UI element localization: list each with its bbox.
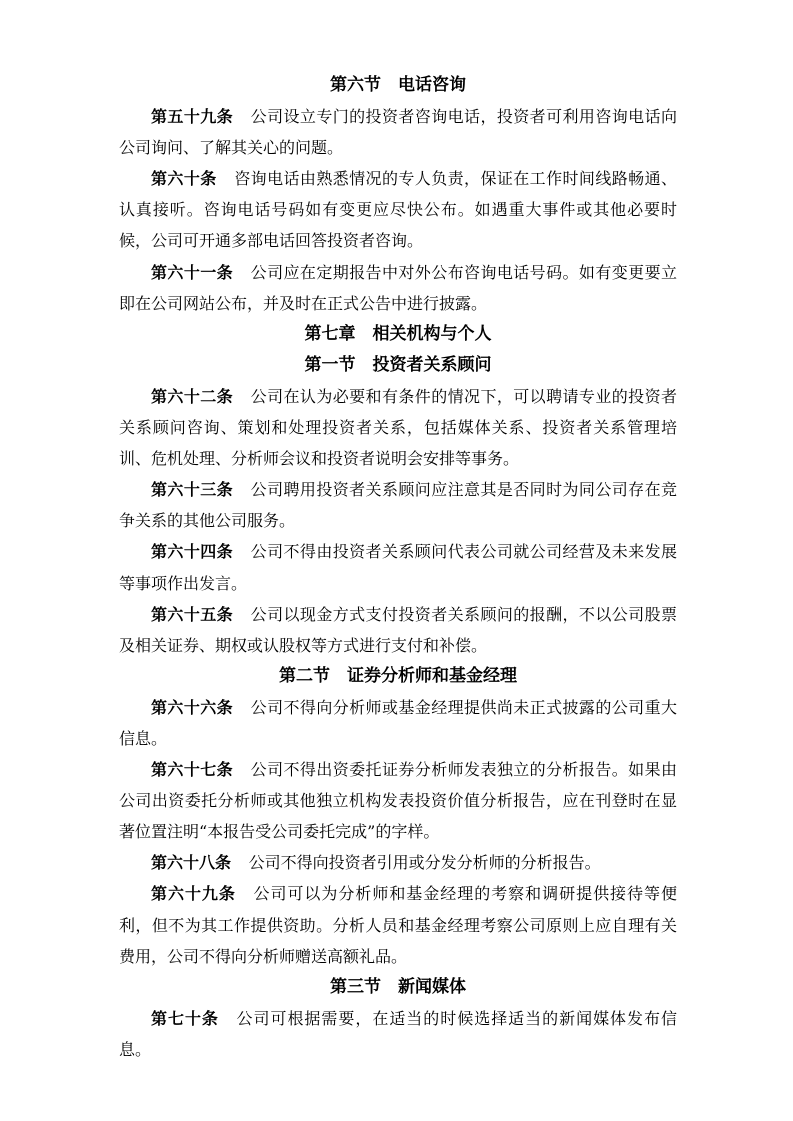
article-62: 第六十二条公司在认为必要和有条件的情况下，可以聘请专业的投资者关系顾问咨询、策划… — [119, 381, 677, 474]
article-68-number: 第六十八条 — [151, 853, 231, 872]
article-60-number: 第六十条 — [151, 169, 217, 188]
heading-chapter-7: 第七章 相关机构与个人 — [119, 319, 677, 350]
article-62-number: 第六十二条 — [151, 387, 233, 406]
article-68: 第六十八条公司不得向投资者引用或分发分析师的分析报告。 — [119, 847, 677, 878]
article-60: 第六十条咨询电话由熟悉情况的专人负责，保证在工作时间线路畅通、认真接听。咨询电话… — [119, 163, 677, 256]
article-67-number: 第六十七条 — [151, 760, 233, 779]
document-page: 第六节 电话咨询 第五十九条公司设立专门的投资者咨询电话，投资者可利用咨询电话向… — [0, 0, 793, 1121]
article-61: 第六十一条公司应在定期报告中对外公布咨询电话号码。如有变更要立即在公司网站公布，… — [119, 257, 677, 319]
heading-section-6: 第六节 电话咨询 — [119, 70, 677, 101]
article-65: 第六十五条公司以现金方式支付投资者关系顾问的报酬，不以公司股票及相关证券、期权或… — [119, 599, 677, 661]
heading-section-2: 第二节 证券分析师和基金经理 — [119, 661, 677, 692]
heading-section-3: 第三节 新闻媒体 — [119, 972, 677, 1003]
article-67: 第六十七条公司不得出资委托证券分析师发表独立的分析报告。如果由公司出资委托分析师… — [119, 754, 677, 847]
article-63: 第六十三条公司聘用投资者关系顾问应注意其是否同时为同公司存在竞争关系的其他公司服… — [119, 474, 677, 536]
article-65-number: 第六十五条 — [151, 605, 233, 624]
article-61-number: 第六十一条 — [151, 263, 233, 282]
article-66: 第六十六条公司不得向分析师或基金经理提供尚未正式披露的公司重大信息。 — [119, 692, 677, 754]
article-64-number: 第六十四条 — [151, 542, 233, 561]
article-64: 第六十四条公司不得由投资者关系顾问代表公司就公司经营及未来发展等事项作出发言。 — [119, 536, 677, 598]
article-63-number: 第六十三条 — [151, 480, 233, 499]
article-70: 第七十条公司可根据需要，在适当的时候选择适当的新闻媒体发布信息。 — [119, 1003, 677, 1065]
article-59: 第五十九条公司设立专门的投资者咨询电话，投资者可利用咨询电话向公司询问、了解其关… — [119, 101, 677, 163]
article-68-text: 公司不得向投资者引用或分发分析师的分析报告。 — [249, 853, 601, 872]
article-70-number: 第七十条 — [151, 1009, 219, 1028]
article-66-number: 第六十六条 — [151, 698, 233, 717]
article-69: 第六十九条公司可以为分析师和基金经理的考察和调研提供接待等便利，但不为其工作提供… — [119, 878, 677, 971]
heading-section-1: 第一节 投资者关系顾问 — [119, 350, 677, 381]
article-59-number: 第五十九条 — [151, 107, 233, 126]
article-69-number: 第六十九条 — [151, 884, 236, 903]
